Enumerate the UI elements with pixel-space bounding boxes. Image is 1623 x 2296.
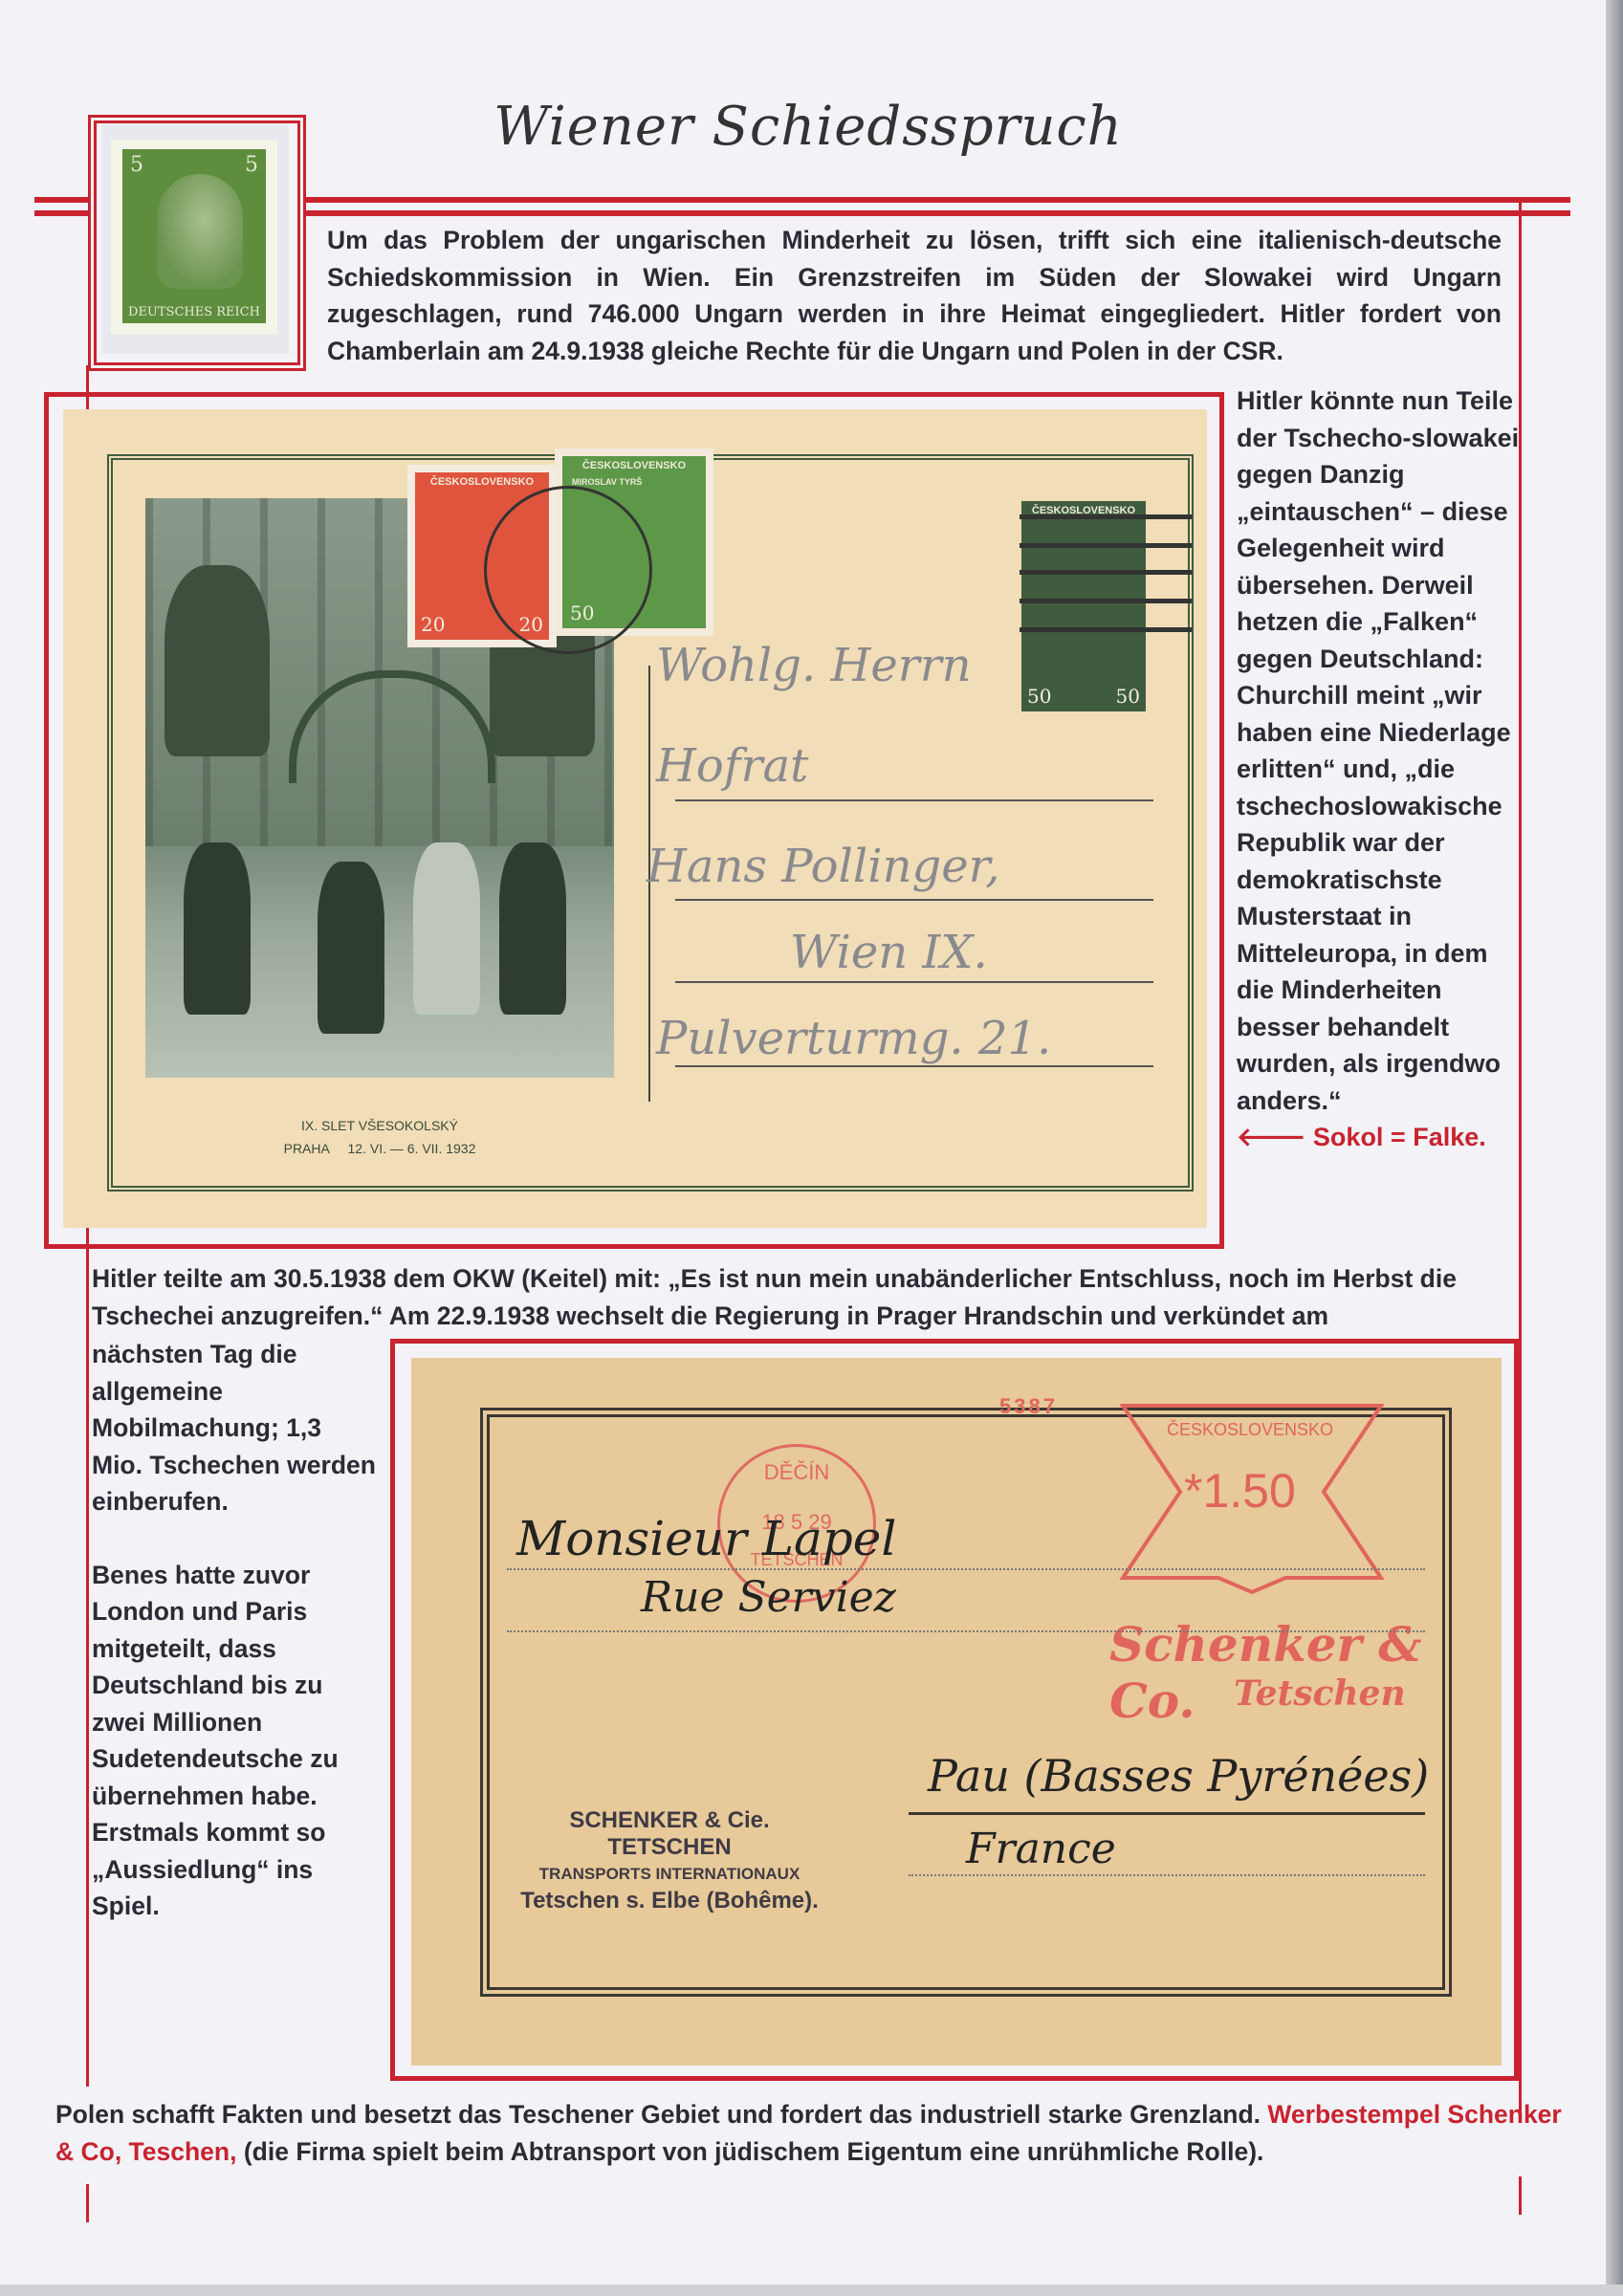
intro-paragraph: Um das Problem der ungarischen Minderhei…	[327, 222, 1502, 369]
dotted-rule	[507, 1630, 1425, 1632]
frame-line-top-4	[304, 210, 1570, 216]
side-paragraph-2: nächsten Tag die allgemeine Mobilmachung…	[92, 1336, 379, 1925]
meter-country: ČESKOSLOVENSKO	[1167, 1420, 1333, 1440]
rider	[499, 842, 566, 1015]
card-caption-line2: PRAHA 12. VI. — 6. VII. 1932	[145, 1141, 614, 1156]
rider	[413, 842, 480, 1015]
postcard-praha-1932: IX. SLET VŠESOKOLSKÝ PRAHA 12. VI. — 6. …	[63, 409, 1207, 1228]
page-edge	[1606, 0, 1623, 2296]
firm-tagline: TRANSPORTS INTERNATIONAUX	[507, 1865, 832, 1884]
mid-paragraph: Hitler teilte am 30.5.1938 dem OKW (Keit…	[92, 1260, 1526, 1334]
side-text-1: Hitler könnte nun Teile der Tschecho-slo…	[1237, 383, 1524, 1119]
statue-left	[164, 565, 270, 756]
page-title: Wiener Schiedsspruch	[483, 96, 1133, 158]
portrait-icon	[157, 174, 243, 289]
address2-line-4: France	[966, 1825, 1116, 1873]
bottom-text: Polen schafft Fakten und besetzt das Tes…	[55, 2100, 1261, 2129]
frame-line-top-2	[34, 210, 88, 216]
address-rule	[675, 981, 1153, 983]
cancel-bar	[1020, 599, 1192, 603]
side-text-2b: Benes hatte zuvor London und Paris mitge…	[92, 1557, 379, 1925]
bottom-text-end: (die Firma spielt beim Abtransport von j…	[244, 2137, 1264, 2166]
address2-line-2: Rue Serviez	[641, 1573, 896, 1622]
bottom-paragraph: Polen schafft Fakten und besetzt das Tes…	[55, 2096, 1567, 2170]
firm-name: SCHENKER & Cie. TETSCHEN	[507, 1807, 832, 1861]
side-paragraph-1: Hitler könnte nun Teile der Tschecho-slo…	[1237, 383, 1524, 1156]
rider	[318, 862, 384, 1034]
stamp-value-right: 5	[245, 153, 258, 177]
meter-number: 5387	[999, 1394, 1058, 1419]
address-rule	[675, 899, 1153, 901]
advert-tetschen: Tetschen	[1234, 1673, 1406, 1714]
address-line-2: Hofrat	[656, 739, 808, 793]
solid-rule	[909, 1812, 1425, 1815]
rider	[184, 842, 251, 1015]
side-text-2a: nächsten Tag die allgemeine Mobilmachung…	[92, 1336, 379, 1520]
address-line-5: Pulverturmg. 21.	[656, 1012, 1051, 1065]
sokol-note-text: Sokol = Falke.	[1313, 1123, 1486, 1151]
imprinted-stamp-masaryk: ČESKOSLOVENSKO 50 50	[1021, 501, 1146, 711]
dotted-rule	[507, 1568, 1425, 1570]
cancel-bar	[1020, 570, 1192, 575]
page-bottom-edge	[0, 2285, 1623, 2296]
arrow-left-icon: 🡐	[1237, 1123, 1305, 1151]
firm-address: Tetschen s. Elbe (Bohême).	[507, 1888, 832, 1914]
address2-line-3: Pau (Basses Pyrénées)	[928, 1750, 1429, 1802]
deutsches-reich-stamp: 5 5 DEUTSCHES REICH	[111, 140, 277, 335]
stamp-country: DEUTSCHES REICH	[122, 305, 266, 319]
meter-value: *1.50	[1184, 1463, 1296, 1519]
address-line-4: Wien IX.	[790, 926, 988, 979]
address-rule	[675, 799, 1153, 801]
address-rule	[675, 1065, 1153, 1067]
frame-tick-bottom-right	[1519, 2176, 1522, 2215]
address-line-1: Wohlg. Herrn	[656, 639, 972, 692]
praha-postmark	[484, 486, 652, 654]
cancel-bar	[1020, 543, 1192, 548]
firm-imprint: SCHENKER & Cie. TETSCHEN TRANSPORTS INTE…	[507, 1807, 832, 1914]
postmark-top: DĚČÍN	[720, 1460, 873, 1485]
stamp-image: 5 5 DEUTSCHES REICH	[122, 149, 266, 323]
address-line-3: Hans Pollinger,	[647, 840, 1000, 893]
sokol-note: 🡐 Sokol = Falke.	[1237, 1119, 1524, 1156]
stamp-value-left: 5	[130, 153, 143, 177]
postcard-schenker: 5387 DĚČÍN 18 5 29 TETSCHEN ČESKOSLOVENS…	[411, 1358, 1502, 2066]
cancel-bar	[1020, 514, 1192, 519]
card-caption-line1: IX. SLET VŠESOKOLSKÝ	[145, 1118, 614, 1133]
cancel-bar	[1020, 627, 1192, 632]
frame-line-top-3	[304, 197, 1570, 203]
dotted-rule	[909, 1874, 1425, 1876]
address2-line-1: Monsieur Lapel	[516, 1511, 896, 1566]
frame-tick-bottom-left	[86, 2184, 89, 2222]
frame-line-top-1	[34, 197, 88, 203]
